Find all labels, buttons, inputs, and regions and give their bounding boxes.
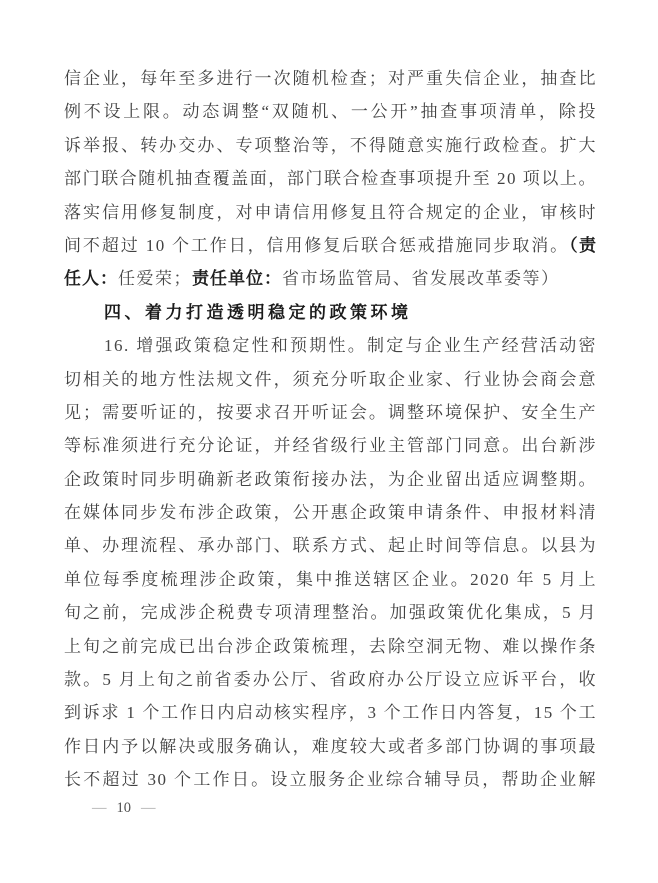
responsible-person-label-start: （责 bbox=[569, 236, 597, 255]
responsible-unit-label: 责任单位： bbox=[192, 269, 282, 288]
body-line: 信企业，每年至多进行一次随机检查；对严重失信企业，抽查比 bbox=[64, 62, 597, 95]
body-line: 落实信用修复制度，对申请信用修复且符合规定的企业，审核时 bbox=[64, 196, 597, 229]
section-4-heading: 四、着力打造透明稳定的政策环境 bbox=[64, 296, 597, 329]
document-body: 信企业，每年至多进行一次随机检查；对严重失信企业，抽查比 例不设上限。动态调整“… bbox=[64, 62, 597, 797]
page-number: —10— bbox=[92, 799, 156, 817]
body-line: 间不超过 10 个工作日，信用修复后联合惩戒措施同步取消。（责 bbox=[64, 229, 597, 262]
body-line: 长不超过 30 个工作日。设立服务企业综合辅导员，帮助企业解 bbox=[64, 763, 597, 796]
responsible-person-label: 任人： bbox=[64, 269, 118, 288]
body-line: 例不设上限。动态调整“双随机、一公开”抽查事项清单，除投 bbox=[64, 95, 597, 128]
body-line: 旬之前，完成涉企税费专项清理整治。加强政策优化集成，5 月 bbox=[64, 596, 597, 629]
body-line: 等标准须进行充分论证，并经省级行业主管部门同意。出台新涉 bbox=[64, 429, 597, 462]
body-line: 16. 增强政策稳定性和预期性。制定与企业生产经营活动密 bbox=[64, 329, 597, 362]
footer-page-number: 10 bbox=[117, 800, 132, 816]
document-page: 信企业，每年至多进行一次随机检查；对严重失信企业，抽查比 例不设上限。动态调整“… bbox=[0, 0, 658, 883]
responsible-unit-names: 省市场监管局、省发展改革委等） bbox=[282, 269, 560, 288]
body-line: 作日内予以解决或服务确认，难度较大或者多部门协调的事项最 bbox=[64, 730, 597, 763]
body-line: 单、办理流程、承办部门、联系方式、起止时间等信息。以县为 bbox=[64, 529, 597, 562]
body-text: 制定与企业生产经营活动密 bbox=[367, 336, 597, 355]
body-line: 部门联合随机抽查覆盖面，部门联合检查事项提升至 20 项以上。 bbox=[64, 162, 597, 195]
body-line: 诉举报、转办交办、专项整治等，不得随意实施行政检查。扩大 bbox=[64, 129, 597, 162]
item-16-lead: 16. 增强政策稳定性和预期性。 bbox=[104, 336, 367, 355]
footer-right-dash: — bbox=[141, 800, 156, 816]
body-text: 间不超过 10 个工作日，信用修复后联合惩戒措施同步取消。 bbox=[64, 236, 569, 255]
body-line: 在媒体同步发布涉企政策，公开惠企政策申请条件、申报材料清 bbox=[64, 496, 597, 529]
responsible-person-name: 任爱荣； bbox=[118, 269, 192, 288]
body-line: 企政策时同步明确新老政策衔接办法，为企业留出适应调整期。 bbox=[64, 463, 597, 496]
body-line: 见；需要听证的，按要求召开听证会。调整环境保护、安全生产 bbox=[64, 396, 597, 429]
responsibility-line: 任人：任爱荣；责任单位：省市场监管局、省发展改革委等） bbox=[64, 262, 597, 295]
body-line: 款。5 月上旬之前省委办公厅、省政府办公厅设立应诉平台，收 bbox=[64, 663, 597, 696]
body-line: 单位每季度梳理涉企政策，集中推送辖区企业。2020 年 5 月上 bbox=[64, 563, 597, 596]
footer-left-dash: — bbox=[92, 800, 107, 816]
body-line: 切相关的地方性法规文件，须充分听取企业家、行业协会商会意 bbox=[64, 363, 597, 396]
body-line: 到诉求 1 个工作日内启动核实程序，3 个工作日内答复，15 个工 bbox=[64, 696, 597, 729]
body-line: 上旬之前完成已出台涉企政策梳理，去除空洞无物、难以操作条 bbox=[64, 630, 597, 663]
